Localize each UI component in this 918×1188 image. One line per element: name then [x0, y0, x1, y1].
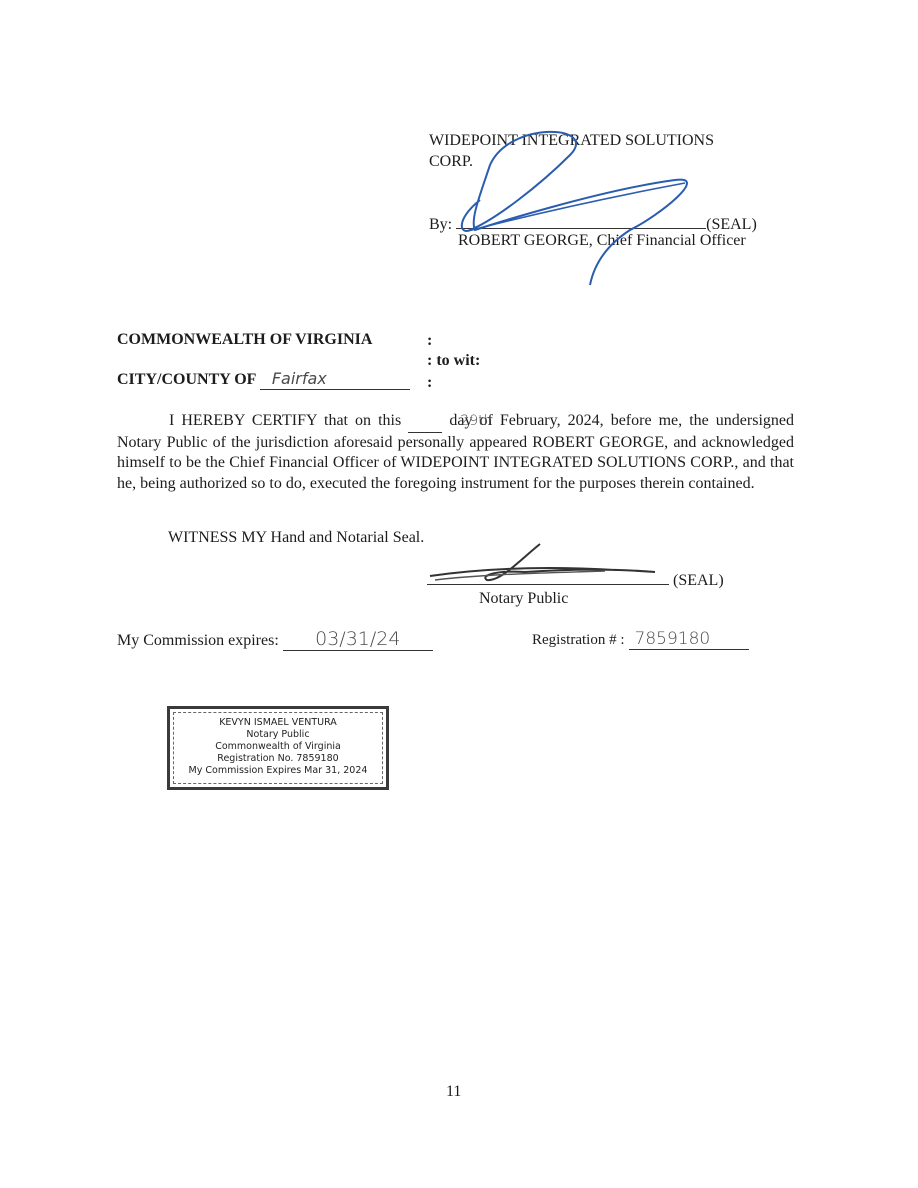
county-row: CITY/COUNTY OF Fairfax — [117, 371, 410, 390]
county-label: CITY/COUNTY OF — [117, 371, 256, 388]
commission-row: My Commission expires: 03/31/24 — [117, 628, 433, 651]
stamp-line: Registration No. 7859180 — [170, 753, 386, 765]
witness-text: WITNESS MY Hand and Notarial Seal. — [168, 529, 424, 547]
state-colon: : — [427, 332, 432, 350]
notary-public-label: Notary Public — [479, 590, 568, 608]
to-wit-label: : to wit: — [427, 352, 480, 370]
registration-label: Registration # : — [532, 632, 625, 648]
notary-seal-label: (SEAL) — [673, 572, 724, 589]
company-name-line1: WIDEPOINT INTEGRATED SOLUTIONS — [429, 132, 714, 150]
certificate-paragraph: I HEREBY CERTIFY that on this 29th day o… — [117, 411, 794, 494]
registration-value: 7859180 — [629, 629, 711, 649]
commission-field[interactable]: 03/31/24 — [283, 628, 433, 651]
signer-name-title: ROBERT GEORGE, Chief Financial Officer — [458, 232, 746, 250]
signature-line-row: By: (SEAL) — [429, 212, 757, 234]
county-colon: : — [427, 374, 432, 392]
seal-label: (SEAL) — [706, 216, 757, 233]
state-label: COMMONWEALTH OF VIRGINIA — [117, 331, 372, 349]
certificate-prefix: I HEREBY CERTIFY that on this — [169, 412, 401, 429]
commission-value: 03/31/24 — [315, 628, 400, 650]
day-value: 29th — [460, 413, 492, 429]
commission-label: My Commission expires: — [117, 632, 279, 649]
notary-stamp: KEVYN ISMAEL VENTURA Notary Public Commo… — [167, 706, 389, 790]
registration-field[interactable]: 7859180 — [629, 629, 749, 650]
notary-signature-line[interactable] — [427, 568, 669, 585]
day-field[interactable]: 29th — [408, 411, 442, 433]
county-field[interactable]: Fairfax — [260, 371, 410, 390]
registration-row: Registration # : 7859180 — [532, 629, 749, 650]
stamp-line: Notary Public — [170, 729, 386, 741]
stamp-line: My Commission Expires Mar 31, 2024 — [170, 765, 386, 777]
stamp-line: Commonwealth of Virginia — [170, 741, 386, 753]
company-name-line2: CORP. — [429, 153, 473, 171]
notary-signature-row: (SEAL) — [427, 568, 724, 590]
signature-line[interactable] — [456, 212, 706, 229]
page-number: 11 — [446, 1083, 461, 1101]
by-label: By: — [429, 216, 452, 233]
stamp-line: KEVYN ISMAEL VENTURA — [170, 717, 386, 729]
county-value: Fairfax — [272, 369, 327, 388]
